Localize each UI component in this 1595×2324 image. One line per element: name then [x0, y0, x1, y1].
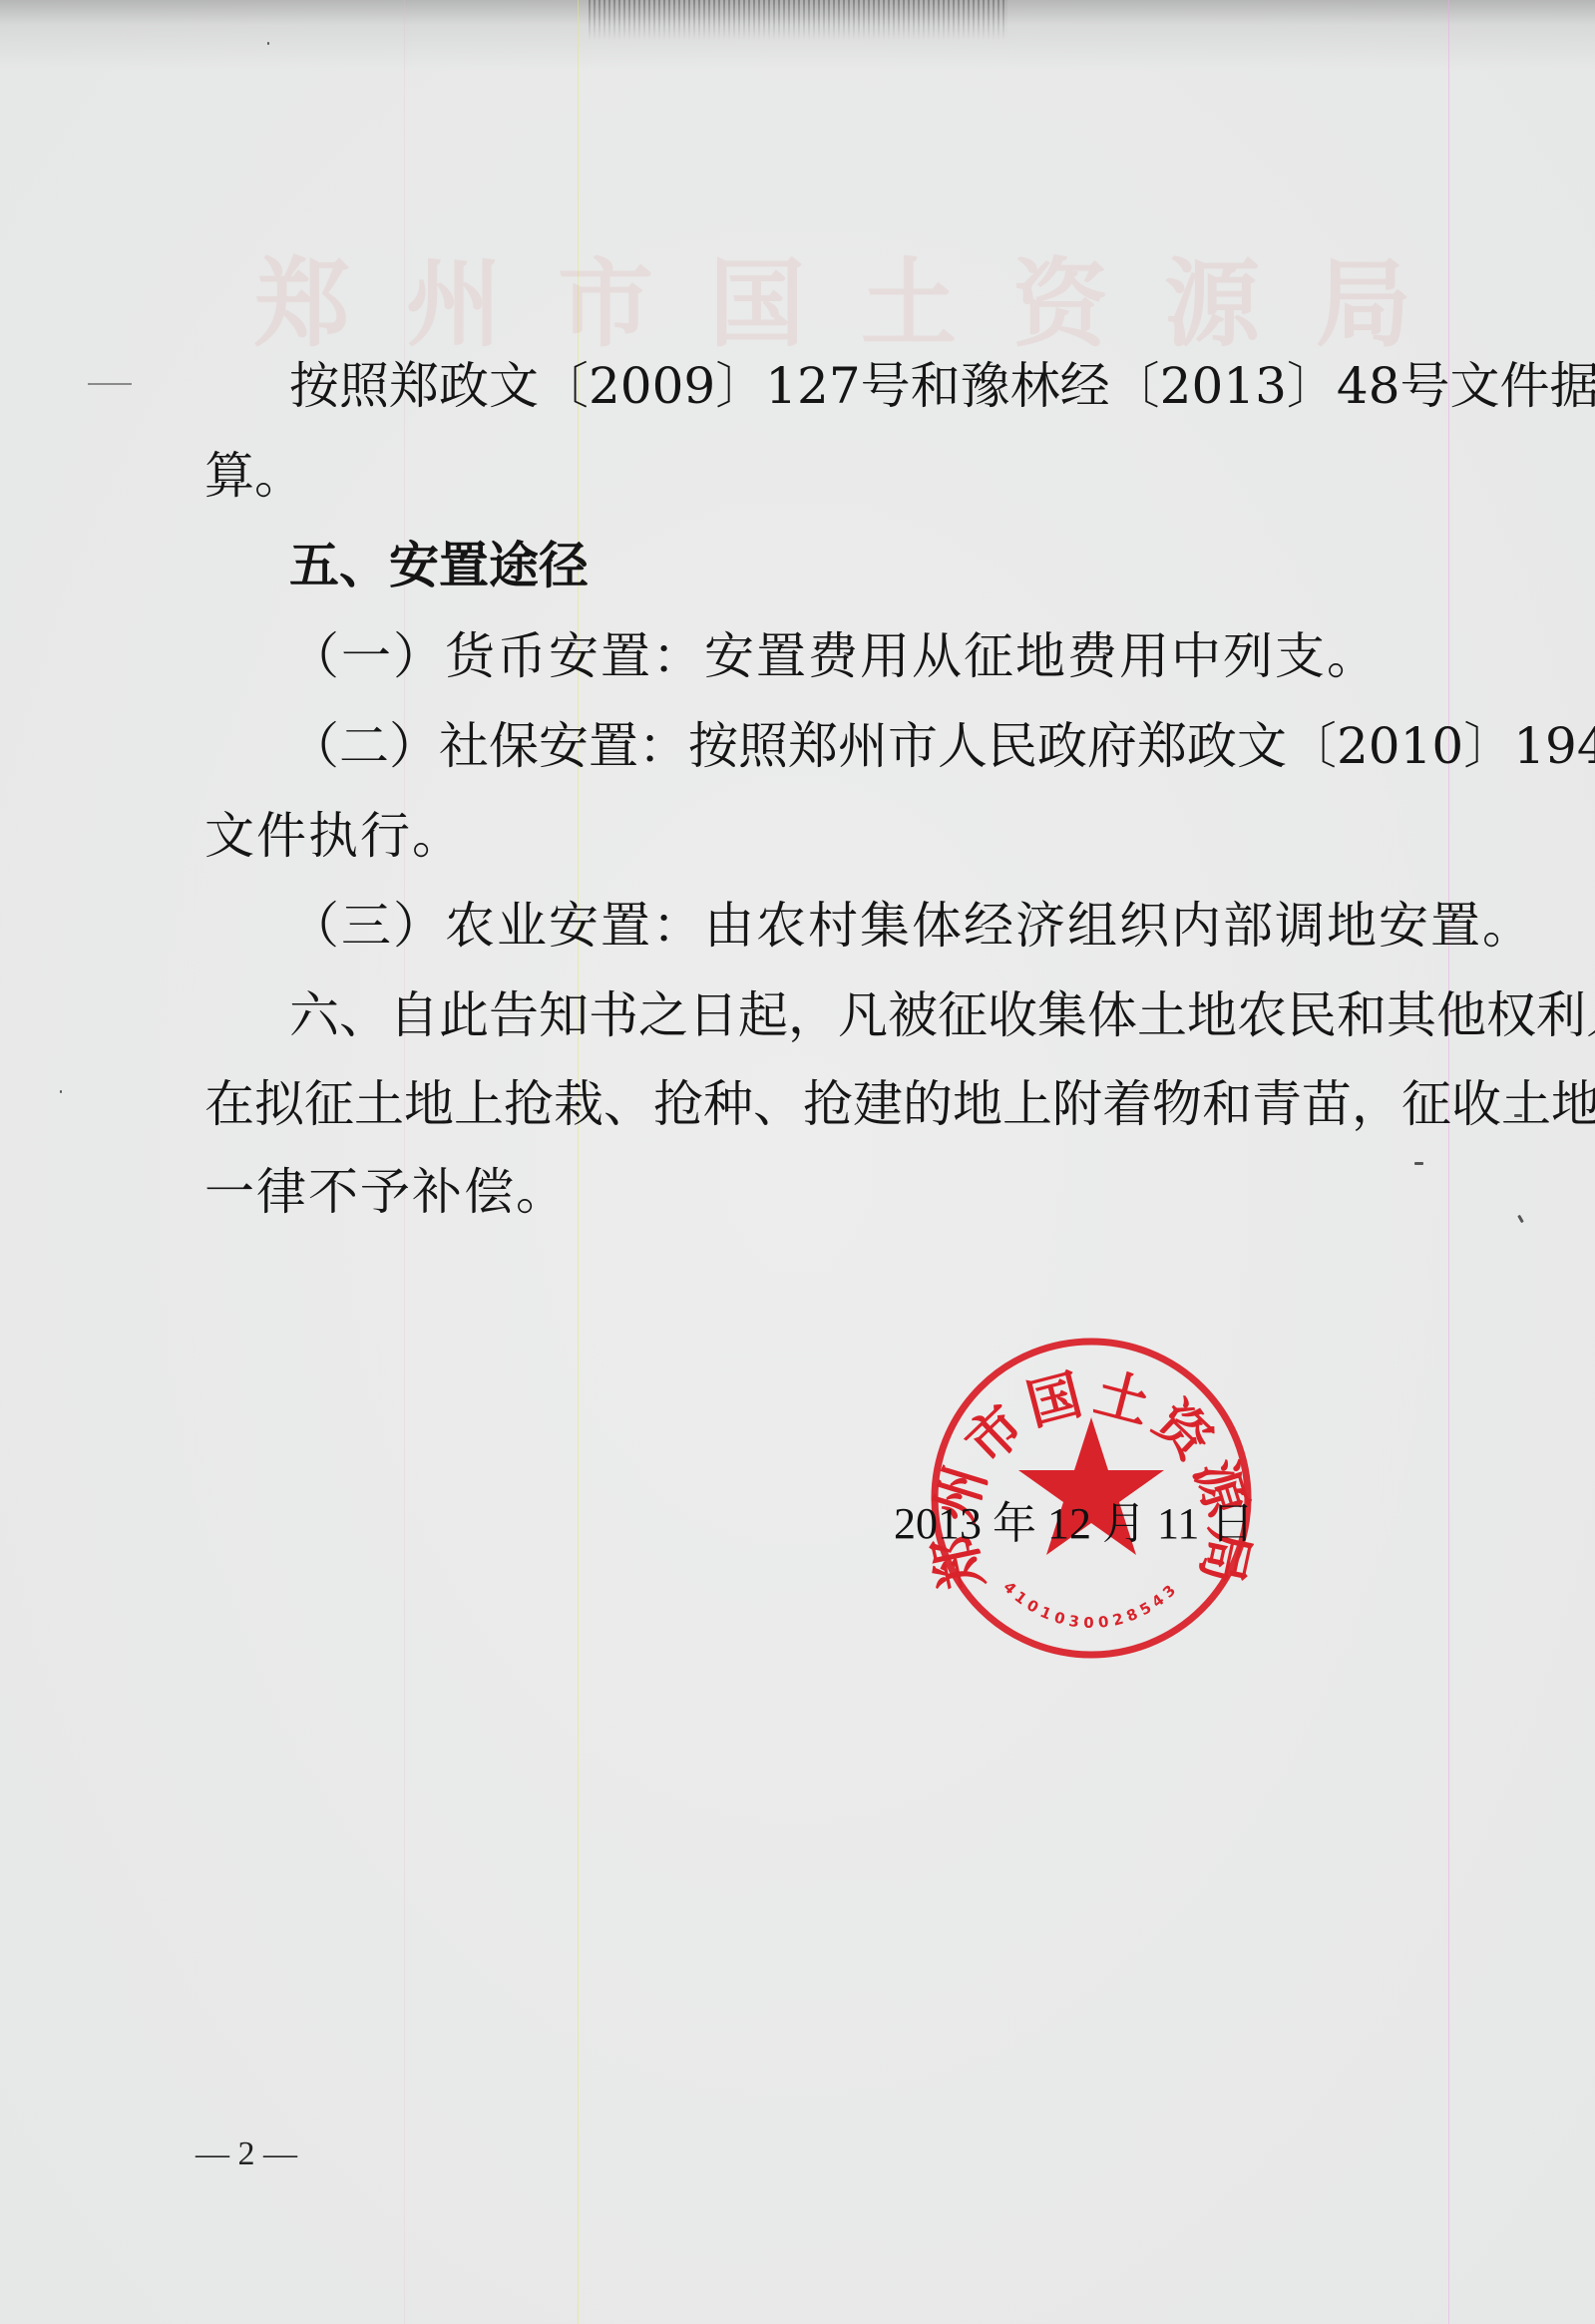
bleed-char: 州 — [406, 254, 502, 354]
scan-speck — [1414, 1162, 1423, 1165]
issue-date: 2013 年 12 月 11 日 — [894, 1502, 1254, 1546]
scan-speck — [1514, 1114, 1522, 1117]
body-line-6: 文件执行。 — [204, 806, 464, 866]
official-seal-stamp: 郑州市国土资源局 4101030028543 — [929, 1336, 1254, 1661]
scan-speck — [267, 42, 269, 45]
scan-speck — [60, 1090, 62, 1093]
body-line-agricultural: （三）农业安置：由农村集体经济组织内部调地安置。 — [289, 896, 1534, 956]
bleed-char: 市 — [558, 254, 653, 354]
body-line-2: 算。 — [204, 446, 304, 506]
bleed-char: 源 — [1164, 254, 1260, 354]
bleed-char: 郑 — [254, 254, 350, 354]
section-heading-placement: 五、安置途径 — [289, 536, 589, 595]
margin-mark — [88, 383, 132, 385]
page-number: — 2 — — [196, 2137, 297, 2171]
body-line-monetary: （一）货币安置：安置费用从征地费用中列支。 — [289, 626, 1379, 686]
body-line-social-security: （二）社保安置：按照郑州市人民政府郑政文〔2010〕194号 — [289, 716, 1443, 776]
bleed-char: 资 — [1012, 254, 1108, 354]
bleed-char: 土 — [861, 254, 957, 354]
bleed-char: 国 — [709, 254, 805, 354]
scan-line-pink — [1448, 0, 1449, 2324]
bleed-char: 局 — [1316, 254, 1411, 354]
body-line-1: 按照郑政文〔2009〕127号和豫林经〔2013〕48号文件据实计 — [289, 356, 1443, 416]
body-line-10: 一律不予补偿。 — [204, 1162, 568, 1222]
svg-text:4101030028543: 4101030028543 — [999, 1578, 1182, 1632]
body-line-9: 在拟征土地上抢栽、抢种、抢建的地上附着物和青苗，征收土地时 — [204, 1074, 1443, 1134]
bleed-through-letterhead: 郑 州 市 国 土 资 源 局 — [254, 254, 1411, 354]
scan-edge-artifact — [589, 0, 1007, 40]
seal-code: 4101030028543 — [999, 1578, 1182, 1632]
body-line-section-six: 六、自此告知书之日起，凡被征收集体土地农民和其他权利人 — [289, 985, 1443, 1045]
